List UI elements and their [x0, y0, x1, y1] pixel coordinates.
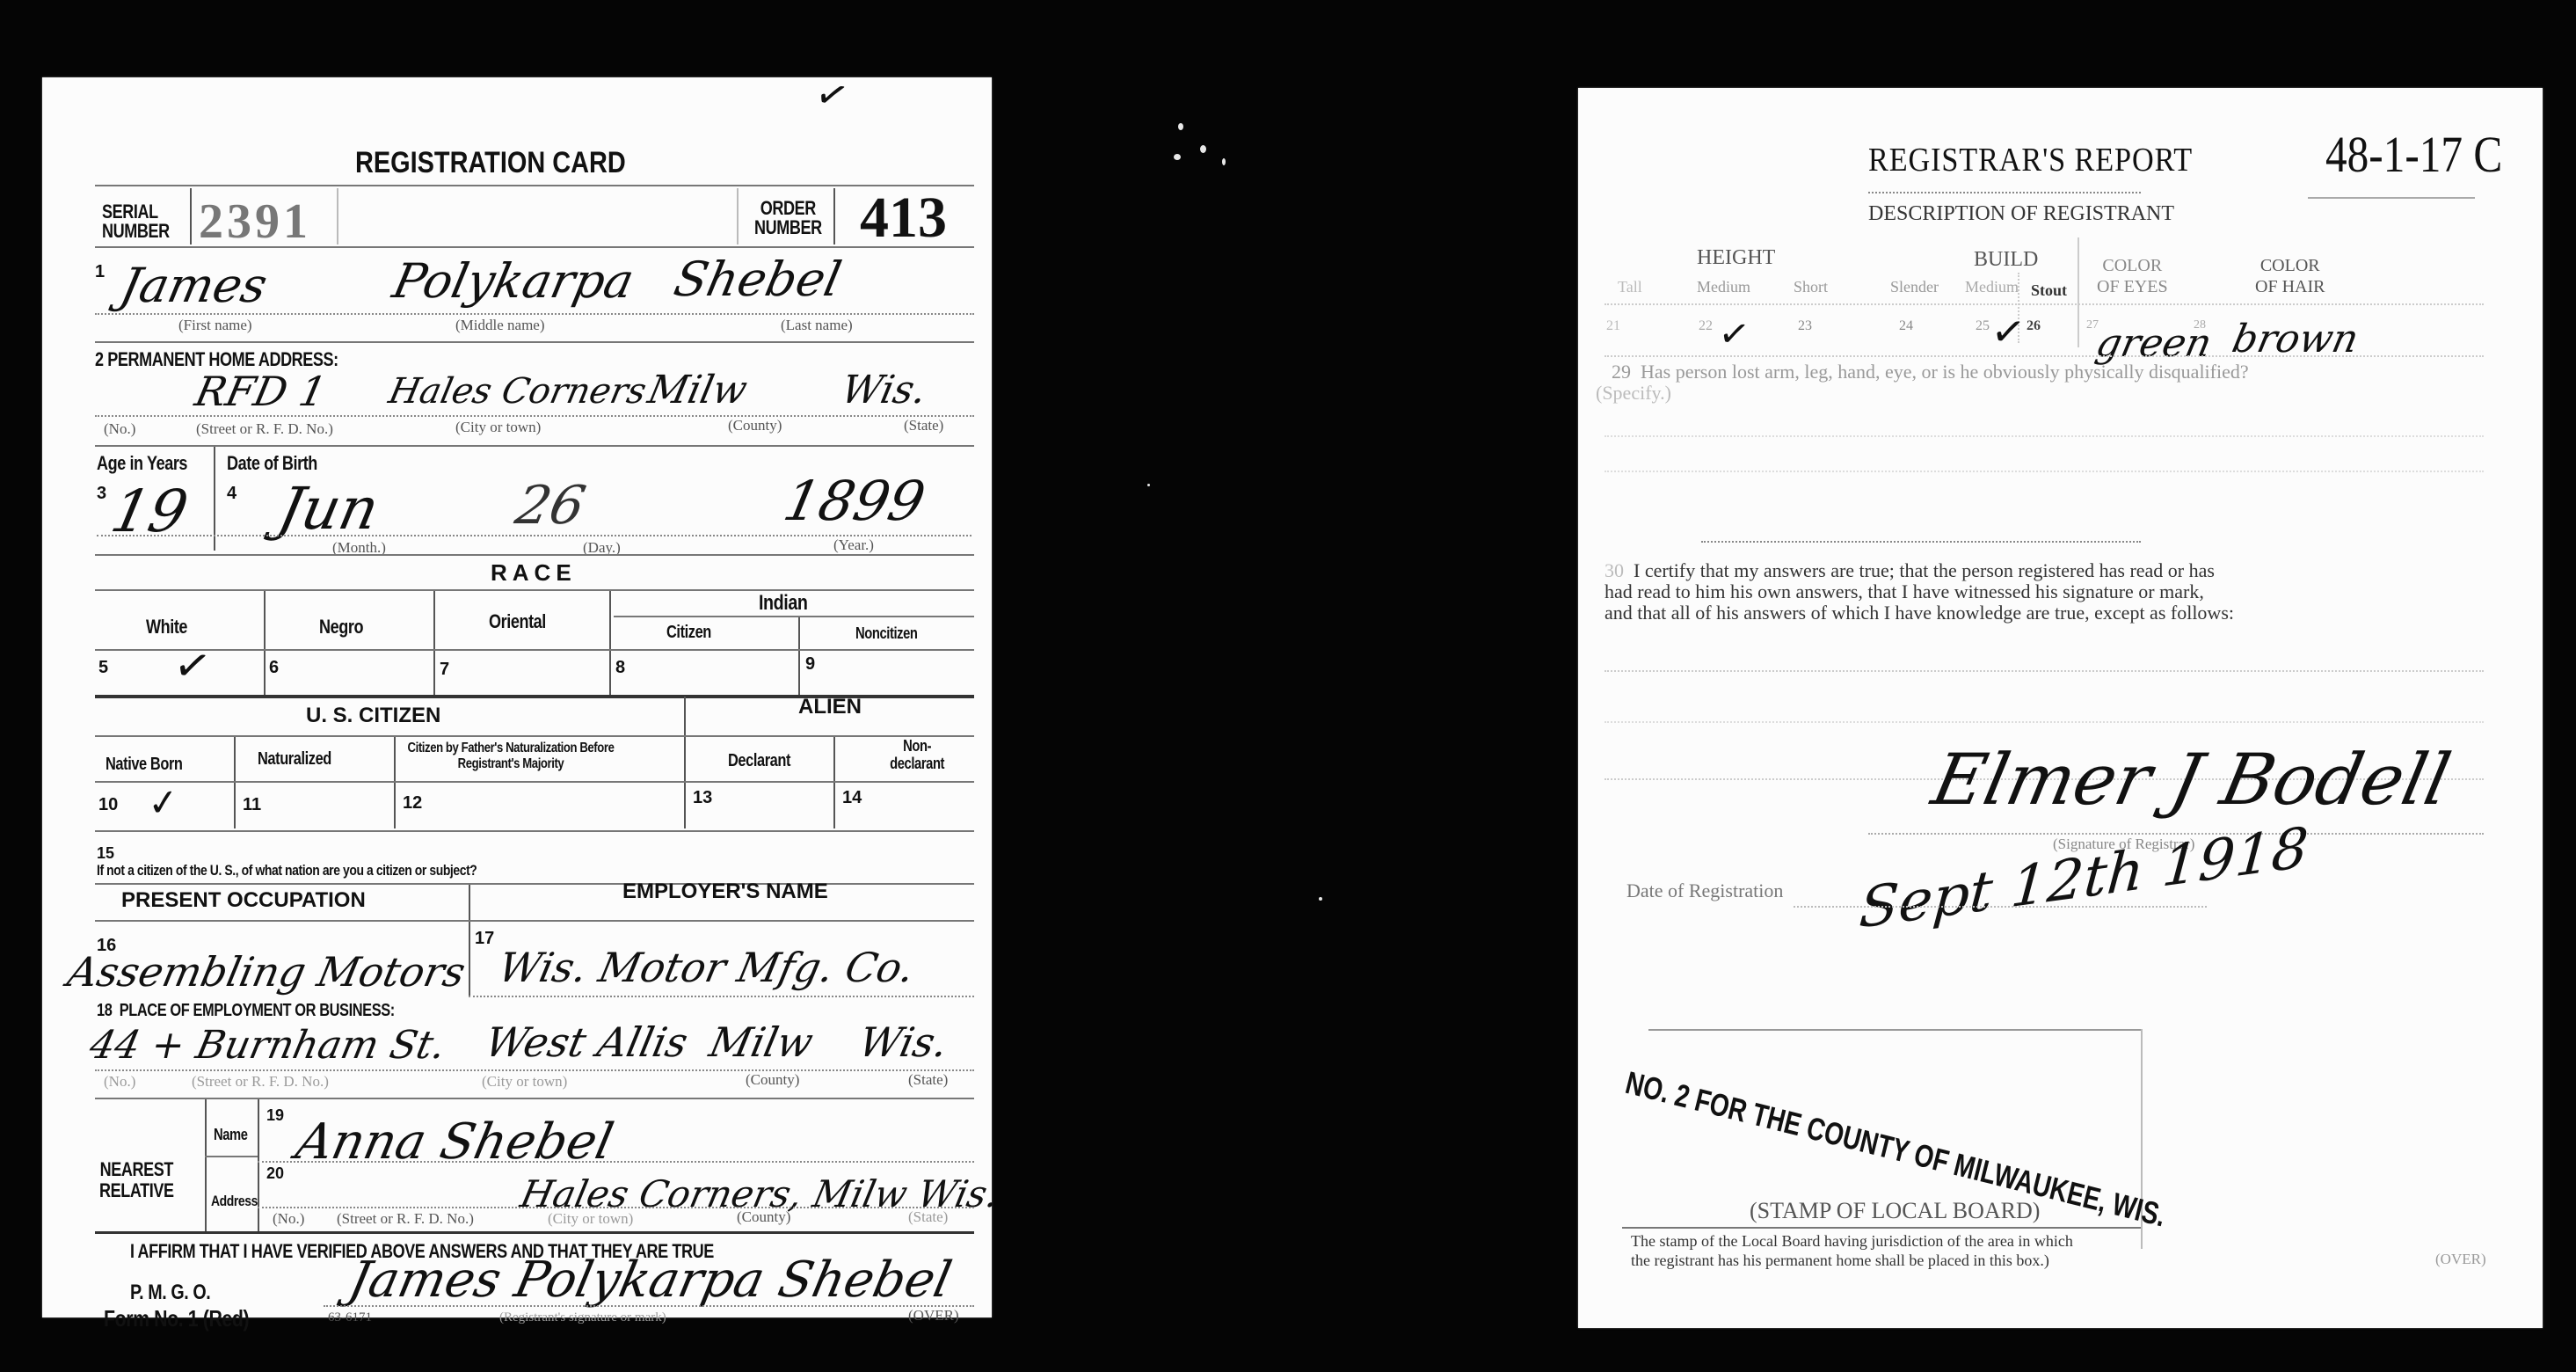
occupation-value: Assembling Motors — [63, 948, 469, 996]
col-tall: Tall — [1618, 278, 1642, 296]
over-label: (OVER) — [2435, 1251, 2486, 1268]
last-name-value: Shebel — [669, 252, 846, 307]
race-col-white: White — [146, 616, 187, 639]
question-number: 20 — [266, 1164, 284, 1183]
caption-state: (State) — [908, 1208, 948, 1226]
caption-street: (Street or R. F. D. No.) — [337, 1210, 474, 1228]
home-city-value: Hales Corners — [385, 371, 650, 412]
race-col-indian: Indian — [759, 591, 807, 616]
hair-color-title: COLOROF HAIR — [2255, 255, 2325, 297]
caption-street: (Street or R. F. D. No.) — [196, 420, 333, 438]
alien-col-declarant: Declarant — [728, 751, 790, 771]
question-number: 24 — [1899, 318, 1913, 334]
col-height-medium: Medium — [1697, 278, 1750, 296]
native-born-check-mark-icon: ✓ — [146, 780, 180, 826]
caption-state: (State) — [908, 1071, 948, 1089]
first-name-value: James — [115, 258, 272, 313]
middle-name-value: Polykarpa — [388, 253, 638, 309]
race-col-indian-citizen: Citizen — [666, 623, 711, 643]
birth-day-value: 26 — [511, 475, 591, 536]
stamp-note: The stamp of the Local Board having juri… — [1631, 1231, 2073, 1270]
caption-county: (County) — [746, 1071, 799, 1089]
alien-col-non-declarant: Non-declarant — [877, 737, 957, 772]
question-number: 4 — [227, 484, 236, 504]
col-build-medium: Medium — [1965, 278, 2019, 296]
film-speck — [1174, 154, 1181, 160]
citizen-col-native-born: Native Born — [106, 755, 183, 775]
nearest-relative-label: NEARESTRELATIVE — [99, 1159, 174, 1201]
place-of-employment-label: 18 PLACE OF EMPLOYMENT OR BUSINESS: — [97, 1001, 395, 1021]
q30-certification-text: 30 I certify that my answers are true; t… — [1605, 560, 2234, 624]
registrars-report-title: REGISTRAR'S REPORT — [1868, 141, 2193, 179]
relative-address-label: Address — [211, 1193, 258, 1210]
caption-no: (No.) — [104, 1073, 135, 1091]
check-mark-icon: ✓ — [811, 69, 854, 121]
caption-no: (No.) — [104, 420, 135, 438]
question-number: 5 — [98, 658, 108, 678]
birth-month-value: Jun — [273, 475, 385, 543]
home-state-value: Wis. — [838, 368, 931, 412]
caption-first-name: (First name) — [178, 317, 252, 334]
film-speck — [1200, 145, 1206, 153]
order-number-label: ORDERNUMBER — [754, 199, 822, 237]
caption-year: (Year.) — [833, 536, 874, 554]
col-stout: Stout — [2031, 281, 2067, 300]
race-col-negro: Negro — [319, 616, 363, 639]
serial-number-label: SERIALNUMBER — [102, 202, 170, 241]
question-number: 26 — [2027, 318, 2041, 334]
caption-county: (County) — [737, 1208, 790, 1226]
citizen-col-by-father: Citizen by Father's Naturalization Befor… — [403, 741, 619, 772]
employment-city-value: West Allis — [481, 1018, 692, 1066]
question-number: 22 — [1699, 318, 1713, 334]
us-citizen-title: U. S. CITIZEN — [306, 704, 440, 728]
race-title: RACE — [491, 559, 577, 587]
signature-caption: (Registrant's signature or mark) — [499, 1310, 666, 1325]
col-slender: Slender — [1890, 278, 1939, 296]
registration-card: ✓ REGISTRATION CARD SERIALNUMBER 2391 OR… — [42, 77, 992, 1317]
citizen-col-naturalized: Naturalized — [258, 749, 331, 770]
question-number: 12 — [403, 793, 422, 814]
home-street-value: RFD 1 — [191, 368, 331, 415]
question-number: 14 — [842, 788, 862, 808]
question-number: 25 — [1976, 318, 1990, 334]
caption-city: (City or town) — [455, 419, 541, 436]
relative-name-label: Name — [214, 1126, 248, 1144]
serial-number-value: 2391 — [199, 193, 311, 250]
question-number: 9 — [805, 654, 815, 675]
print-code: 63-6171 — [328, 1310, 372, 1325]
white-check-mark-icon: ✓ — [170, 638, 215, 694]
age-label: Age in Years — [97, 452, 187, 475]
question-number: 27 — [2086, 318, 2099, 332]
question-number: 23 — [1798, 318, 1812, 334]
question-number: 3 — [97, 484, 106, 504]
question-number: 10 — [98, 795, 118, 815]
question-number: 8 — [615, 658, 625, 678]
film-speck — [1222, 158, 1226, 165]
question-number: 1 — [95, 262, 105, 282]
question-number: 11 — [243, 795, 261, 815]
order-number-value: 413 — [860, 185, 947, 252]
caption-city: (City or town) — [548, 1210, 633, 1228]
alien-title: ALIEN — [798, 695, 862, 719]
form-number-label: Form No. 1 (Red) — [104, 1305, 249, 1332]
height-title: HEIGHT — [1697, 246, 1775, 270]
caption-no: (No.) — [273, 1210, 304, 1228]
registrars-report-card: REGISTRAR'S REPORT 48-1-17 C DESCRIPTION… — [1578, 88, 2543, 1328]
registrar-signature: Elmer J Bodell — [1925, 739, 2457, 821]
registrant-signature: James Polykarpa Shebel — [344, 1252, 957, 1309]
question-number: 19 — [266, 1106, 284, 1125]
question-number: 17 — [475, 929, 494, 949]
col-short: Short — [1794, 278, 1828, 296]
caption-last-name: (Last name) — [781, 317, 853, 334]
over-label: (OVER) — [908, 1307, 959, 1325]
caption-middle-name: (Middle name) — [455, 317, 545, 334]
caption-state: (State) — [904, 417, 943, 434]
film-speck — [1147, 484, 1150, 486]
stamp-caption: (STAMP OF LOCAL BOARD) — [1750, 1198, 2040, 1224]
race-col-indian-noncitizen: Noncitizen — [855, 624, 918, 643]
employer-value: Wis. Motor Mfg. Co. — [494, 944, 919, 991]
q29-specify: (Specify.) — [1596, 382, 1671, 405]
q29-text: 29 Has person lost arm, leg, hand, eye, … — [1612, 361, 2249, 383]
film-speck — [1319, 897, 1322, 901]
file-code: 48-1-17 C — [2325, 125, 2502, 184]
employer-header: EMPLOYER'S NAME — [622, 879, 828, 904]
card-title: REGISTRATION CARD — [355, 146, 626, 180]
pmgo-label: P. M. G. O. — [130, 1281, 210, 1305]
home-county-value: Milw — [644, 368, 752, 412]
employment-county-value: Milw — [705, 1018, 817, 1066]
eye-color-value: green — [2092, 321, 2216, 366]
question-number: 6 — [269, 658, 279, 678]
question-number: 21 — [1606, 318, 1620, 334]
question-number: 13 — [693, 788, 712, 808]
caption-county: (County) — [728, 417, 782, 434]
build-title: BUILD — [1974, 248, 2038, 272]
date-of-birth-label: Date of Birth — [227, 452, 317, 475]
employment-state-value: Wis. — [855, 1018, 952, 1066]
build-medium-check-mark-icon: ✓ — [1988, 306, 2028, 358]
caption-city: (City or town) — [482, 1073, 567, 1091]
question-number: 15 — [97, 844, 114, 863]
description-subtitle: DESCRIPTION OF REGISTRANT — [1868, 202, 2174, 226]
date-of-registration-label: Date of Registration — [1626, 879, 1783, 902]
caption-street: (Street or R. F. D. No.) — [192, 1073, 329, 1091]
question-number: 7 — [440, 660, 449, 680]
eye-color-title: COLOROF EYES — [2097, 255, 2168, 297]
height-medium-check-mark-icon: ✓ — [1716, 310, 1753, 357]
occupation-header: PRESENT OCCUPATION — [121, 888, 366, 913]
birth-year-value: 1899 — [778, 469, 930, 533]
race-col-oriental: Oriental — [489, 610, 546, 633]
employment-street-value: 44 + Burnham St. — [86, 1023, 450, 1068]
film-speck — [1178, 123, 1183, 130]
nationality-question: If not a citizen of the U. S., of what n… — [97, 862, 477, 879]
